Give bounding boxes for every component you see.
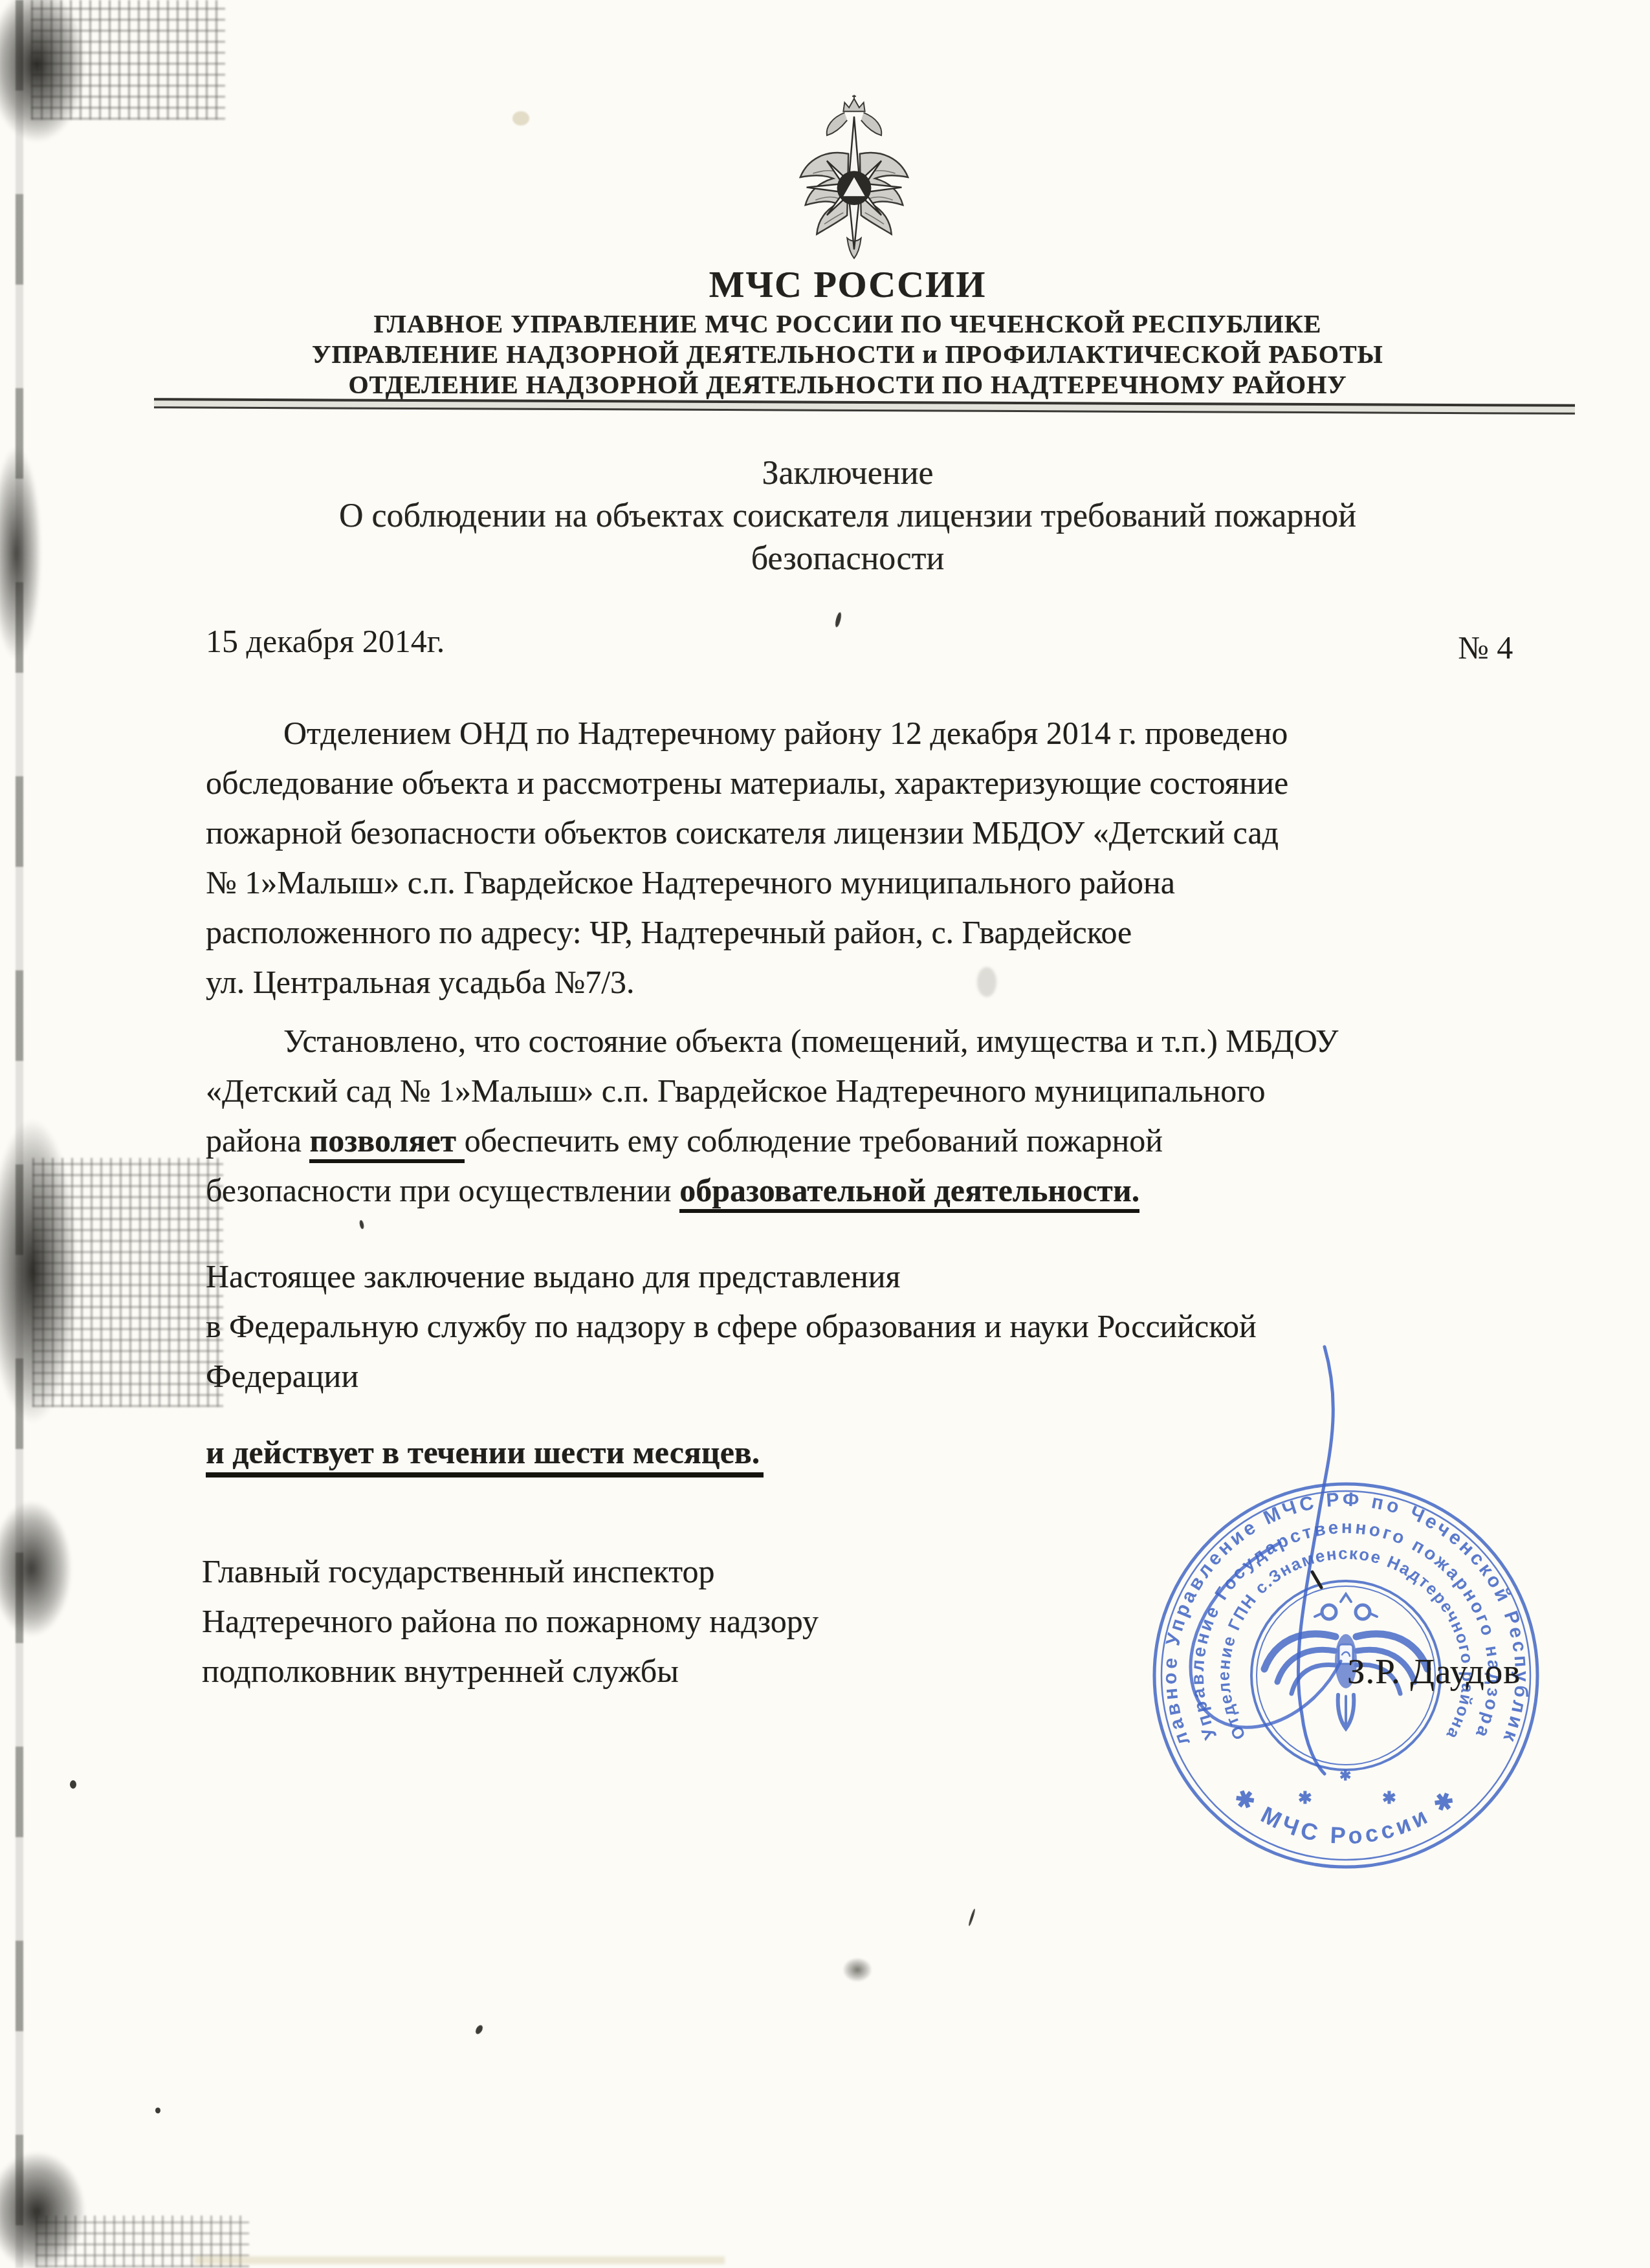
signatory-name: З.Р. Даудов bbox=[1347, 1651, 1521, 1692]
handwritten-signature bbox=[0, 0, 1650, 2268]
scanned-document-page: МЧС РОССИИ ГЛАВНОЕ УПРАВЛЕНИЕ МЧС РОССИИ… bbox=[0, 0, 1650, 2268]
